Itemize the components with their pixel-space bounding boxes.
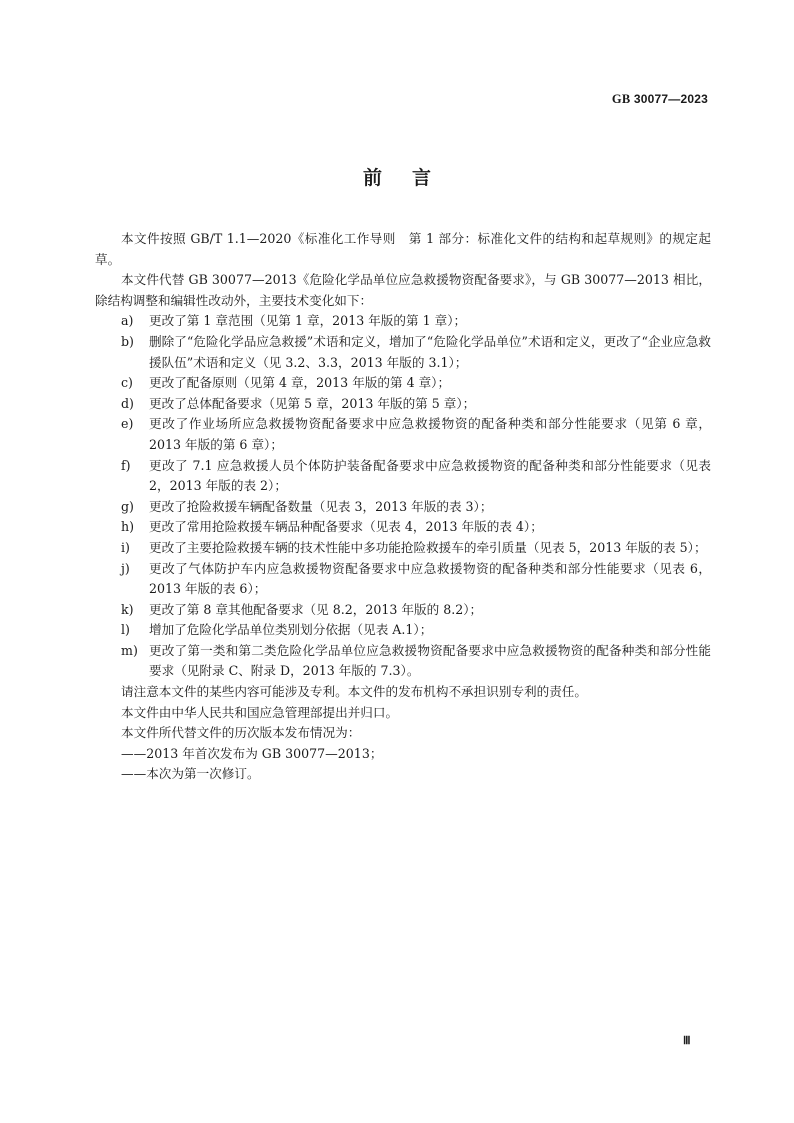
list-item-text: 更改了总体配备要求（见第 5 章，2013 年版的第 5 章）； [149, 396, 475, 411]
list-item: d)更改了总体配备要求（见第 5 章，2013 年版的第 5 章）； [95, 394, 711, 415]
list-label: j) [121, 559, 130, 580]
list-label: b) [121, 332, 134, 353]
standard-prefix: GB [612, 92, 630, 106]
list-label: m) [121, 641, 138, 662]
foreword-body: 本文件按照 GB/T 1.1—2020《标准化工作导则 第 1 部分：标准化文件… [95, 229, 711, 785]
list-item: g)更改了抢险救援车辆配备数量（见表 3，2013 年版的表 3）； [95, 497, 711, 518]
list-label: h) [121, 517, 134, 538]
list-item: h)更改了常用抢险救援车辆品种配备要求（见表 4，2013 年版的表 4）； [95, 517, 711, 538]
page-title: 前言 [0, 163, 794, 190]
history-intro: 本文件所代替文件的历次版本发布情况为： [95, 723, 711, 744]
list-item-text: 更改了第 1 章范围（见第 1 章，2013 年版的第 1 章）； [149, 313, 466, 328]
list-item-text: 更改了第一类和第二类危险化学品单位应急救援物资配备要求中应急救援物资的配备种类和… [149, 643, 711, 679]
list-item-text: 更改了抢险救援车辆配备数量（见表 3，2013 年版的表 3）； [149, 499, 492, 514]
list-label: f) [121, 456, 131, 477]
list-item: j)更改了气体防护车内应急救援物资配备要求中应急救援物资的配备种类和部分性能要求… [95, 559, 711, 600]
list-item-text: 删除了“危险化学品应急救援”术语和定义，增加了“危险化学品单位”术语和定义，更改… [149, 334, 711, 370]
list-item-text: 更改了配备原则（见第 4 章，2013 年版的第 4 章）； [149, 375, 450, 390]
standard-code: GB 30077—2023 [612, 92, 708, 107]
list-label: i) [121, 538, 130, 559]
list-item-text: 增加了危险化学品单位类别划分依据（见表 A.1）； [149, 622, 432, 637]
list-label: c) [121, 373, 133, 394]
list-item-text: 更改了作业场所应急救援物资配备要求中应急救援物资的配备种类和部分性能要求（见第 … [149, 416, 711, 452]
list-item-text: 更改了 7.1 应急救援人员个体防护装备配备要求中应急救援物资的配备种类和部分性… [149, 458, 711, 494]
list-label: k) [121, 600, 134, 621]
history-entry: ——2013 年首次发布为 GB 30077—2013； [95, 744, 711, 765]
history-entry: ——本次为第一次修订。 [95, 764, 711, 785]
list-item: e)更改了作业场所应急救援物资配备要求中应急救援物资的配备种类和部分性能要求（见… [95, 414, 711, 455]
list-label: d) [121, 394, 134, 415]
technical-changes-list: a)更改了第 1 章范围（见第 1 章，2013 年版的第 1 章）； b)删除… [95, 311, 711, 682]
list-item: l)增加了危险化学品单位类别划分依据（见表 A.1）； [95, 620, 711, 641]
list-label: e) [121, 414, 133, 435]
list-label: a) [121, 311, 133, 332]
drafting-rules-paragraph: 本文件按照 GB/T 1.1—2020《标准化工作导则 第 1 部分：标准化文件… [95, 229, 711, 270]
list-item: a)更改了第 1 章范围（见第 1 章，2013 年版的第 1 章）； [95, 311, 711, 332]
list-item: c)更改了配备原则（见第 4 章，2013 年版的第 4 章）； [95, 373, 711, 394]
list-label: g) [121, 497, 134, 518]
list-item: i)更改了主要抢险救援车辆的技术性能中多功能抢险救援车的牵引质量（见表 5，20… [95, 538, 711, 559]
list-item-text: 更改了气体防护车内应急救援物资配备要求中应急救援物资的配备种类和部分性能要求（见… [149, 561, 711, 597]
list-item: b)删除了“危险化学品应急救援”术语和定义，增加了“危险化学品单位”术语和定义，… [95, 332, 711, 373]
list-item-text: 更改了第 8 章其他配备要求（见 8.2，2013 年版的 8.2）； [149, 602, 482, 617]
patent-notice: 请注意本文件的某些内容可能涉及专利。本文件的发布机构不承担识别专利的责任。 [95, 682, 711, 703]
page-number: Ⅲ [683, 1034, 691, 1047]
list-item: f)更改了 7.1 应急救援人员个体防护装备配备要求中应急救援物资的配备种类和部… [95, 456, 711, 497]
proposer-statement: 本文件由中华人民共和国应急管理部提出并归口。 [95, 703, 711, 724]
list-item-text: 更改了主要抢险救援车辆的技术性能中多功能抢险救援车的牵引质量（见表 5，2013… [149, 540, 707, 555]
replacement-paragraph: 本文件代替 GB 30077—2013《危险化学品单位应急救援物资配备要求》，与… [95, 270, 711, 311]
list-item: m)更改了第一类和第二类危险化学品单位应急救援物资配备要求中应急救援物资的配备种… [95, 641, 711, 682]
list-item-text: 更改了常用抢险救援车辆品种配备要求（见表 4，2013 年版的表 4）； [149, 519, 543, 534]
list-label: l) [121, 620, 130, 641]
list-item: k)更改了第 8 章其他配备要求（见 8.2，2013 年版的 8.2）； [95, 600, 711, 621]
standard-number: 30077—2023 [634, 92, 708, 106]
